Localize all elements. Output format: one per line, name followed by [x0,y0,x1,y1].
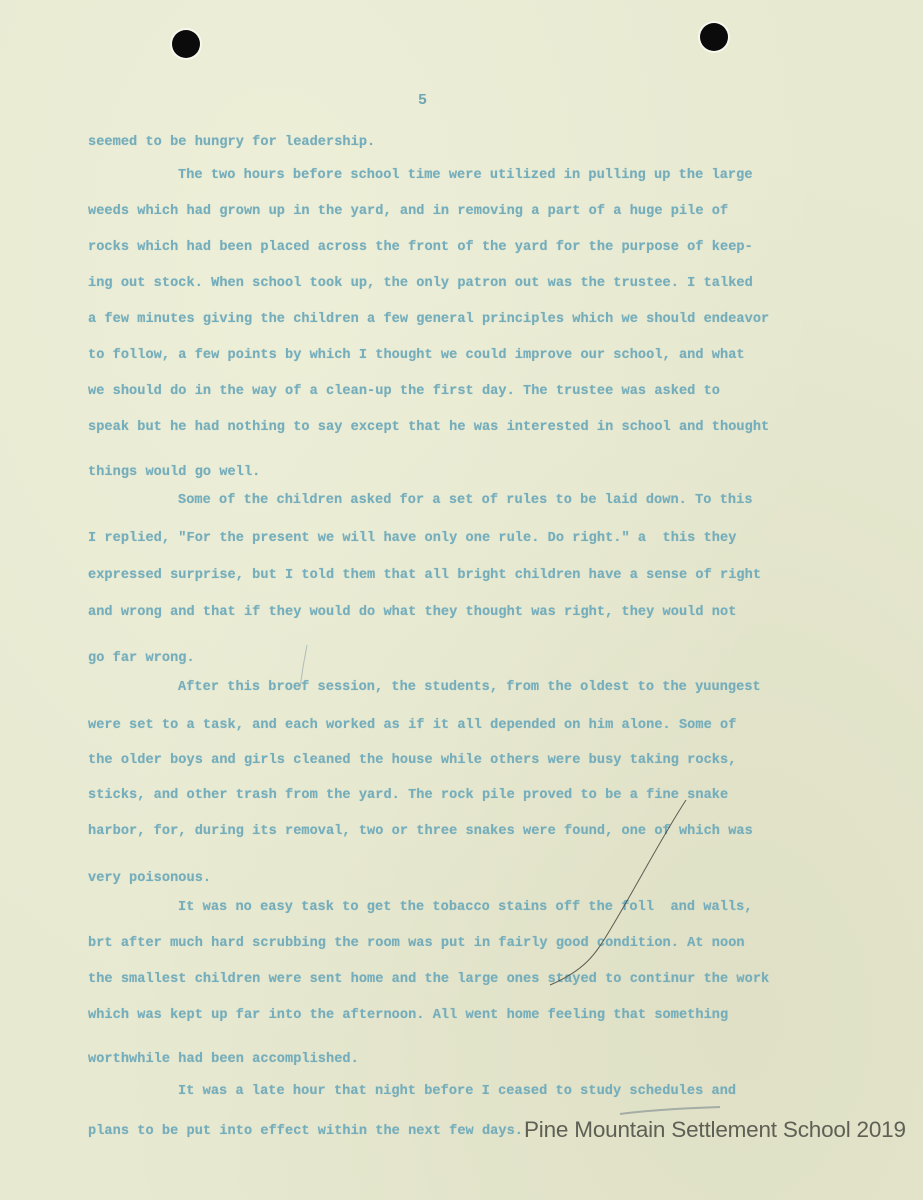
text-line: rocks which had been placed across the f… [88,240,753,255]
text-line: After this broef session, the students, … [178,680,761,695]
text-line: The two hours before school time were ut… [178,168,753,183]
text-line: to follow, a few points by which I thoug… [88,348,745,363]
text-line: worthwhile had been accomplished. [88,1052,359,1067]
text-line: weeds which had grown up in the yard, an… [88,204,728,219]
text-line: I replied, "For the present we will have… [88,531,736,546]
text-line: seemed to be hungry for leadership. [88,135,375,150]
text-line: the smallest children were sent home and… [88,972,769,987]
watermark: Pine Mountain Settlement School 2019 [524,1117,906,1143]
punch-hole-left [172,30,200,58]
text-line: sticks, and other trash from the yard. T… [88,788,728,803]
text-line: expressed surprise, but I told them that… [88,568,761,583]
text-line: very poisonous. [88,871,211,886]
text-line: It was a late hour that night before I c… [178,1084,736,1099]
text-line: a few minutes giving the children a few … [88,312,769,327]
page-number: 5 [418,92,427,109]
text-line: speak but he had nothing to say except t… [88,420,769,435]
text-line: we should do in the way of a clean-up th… [88,384,720,399]
scanned-document-page: 5 seemed to be hungry for leadership.The… [0,0,923,1200]
text-line: It was no easy task to get the tobacco s… [178,900,753,915]
text-line: things would go well. [88,465,260,480]
text-line: the older boys and girls cleaned the hou… [88,753,736,768]
text-line: ing out stock. When school took up, the … [88,276,753,291]
text-line: which was kept up far into the afternoon… [88,1008,728,1023]
text-line: Some of the children asked for a set of … [178,493,753,508]
text-line: harbor, for, during its removal, two or … [88,824,753,839]
text-line: plans to be put into effect within the n… [88,1124,523,1139]
text-line: were set to a task, and each worked as i… [88,718,736,733]
punch-hole-right [700,23,728,51]
text-line: and wrong and that if they would do what… [88,605,736,620]
text-line: go far wrong. [88,651,195,666]
text-line: brt after much hard scrubbing the room w… [88,936,745,951]
